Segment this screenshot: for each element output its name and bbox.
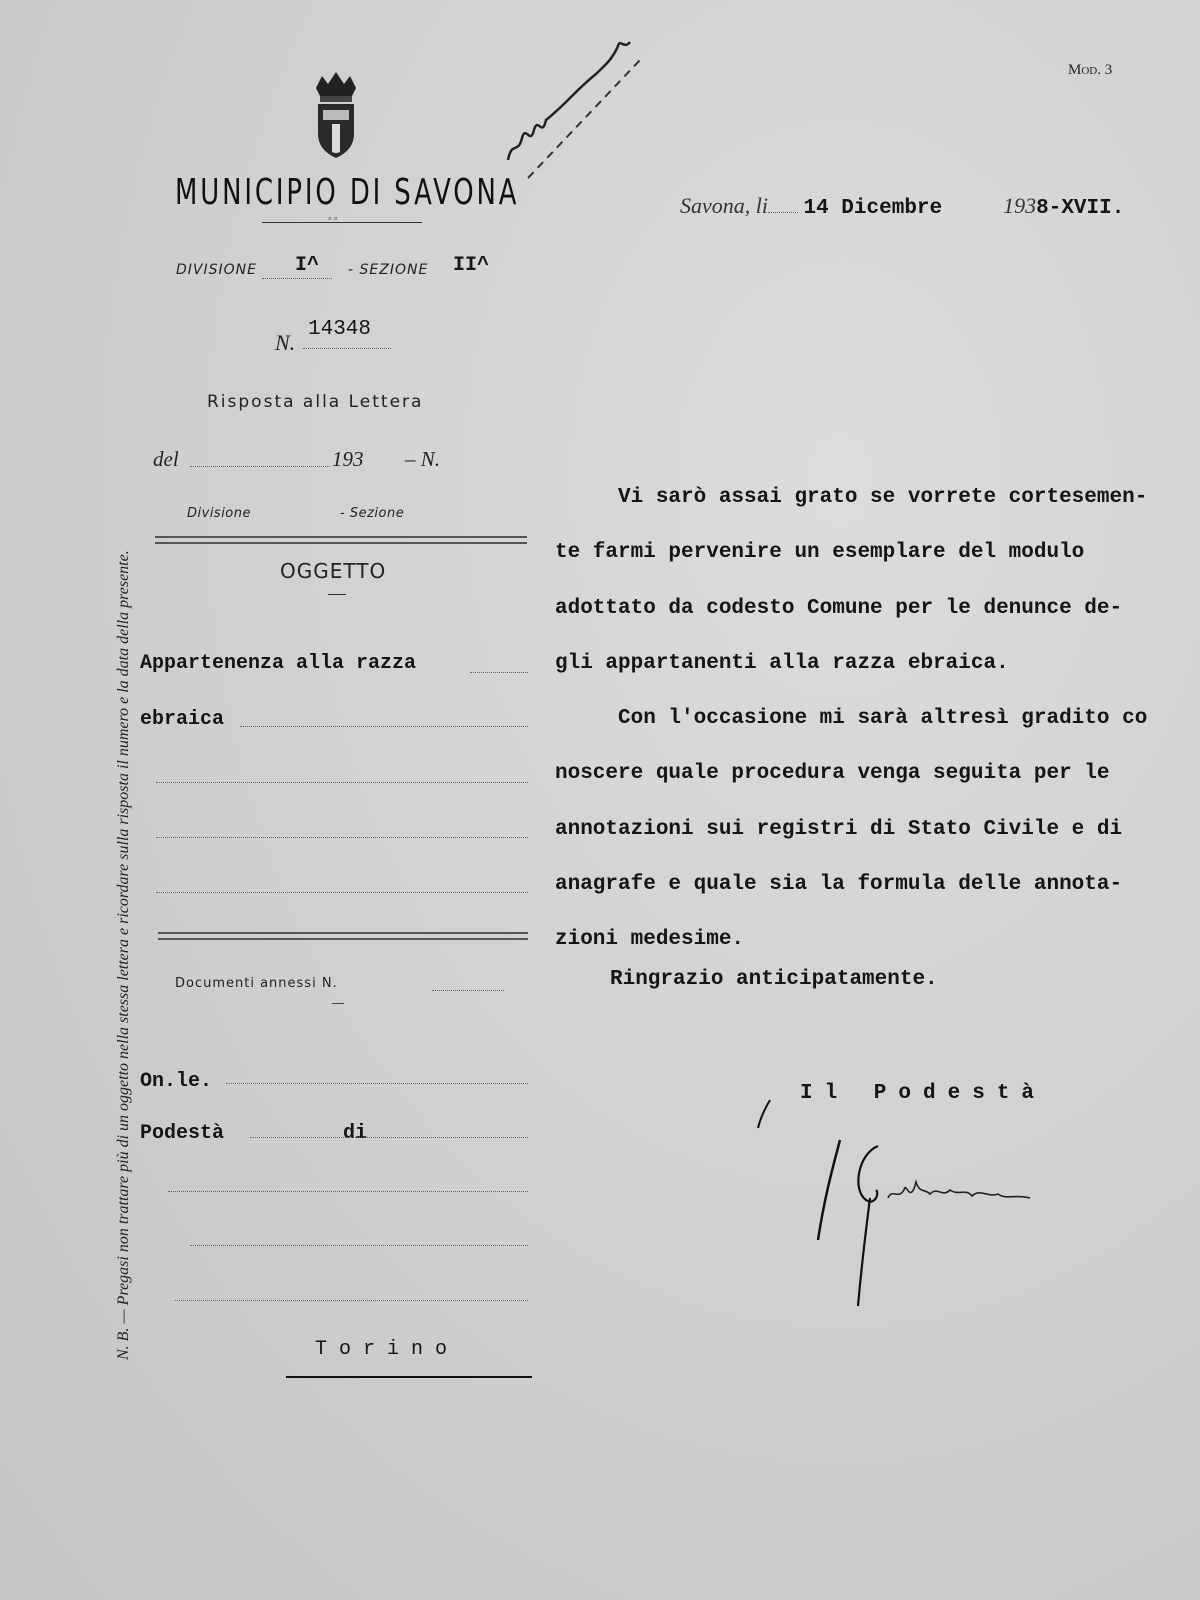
addressee-office: Podestà — [140, 1122, 224, 1145]
reply-heading: Risposta alla Lettera — [207, 392, 423, 412]
divider-double-rule-2 — [158, 932, 528, 940]
body-line: gli appartanenti alla razza ebraica. — [555, 636, 1200, 691]
protocol-number-label: N. — [275, 330, 295, 356]
date-day-month: 14 Dicembre — [804, 197, 943, 220]
coat-of-arms-icon — [310, 70, 362, 160]
letter-body: Vi sarò assai grato se vorrete corteseme… — [555, 470, 1200, 968]
division-label: DIVISIONE — [176, 262, 257, 278]
addressee-title: On.le. — [140, 1070, 212, 1093]
side-note: N. B. — Pregasi non trattare più di un o… — [115, 220, 133, 1360]
subject-heading: OGGETTO — [280, 559, 386, 583]
closing-line: Ringrazio anticipatamente. — [610, 968, 938, 991]
date-year-prefix: 193 — [1003, 193, 1036, 218]
reply-section-label: - Sezione — [340, 506, 404, 521]
municipality-title: MUNICIPIO DI SAVONA — [175, 172, 519, 213]
title-ornament-rule — [262, 222, 422, 223]
body-line: adottato da codesto Comune per le denunc… — [555, 581, 1200, 636]
subject-line-1: Appartenenza alla razza — [140, 652, 416, 675]
body-line: Vi sarò assai grato se vorrete corteseme… — [555, 470, 1200, 525]
reply-number-label: – N. — [405, 447, 440, 472]
body-line: zioni medesime. — [555, 912, 1200, 967]
date-place-label: Savona, li — [680, 193, 768, 218]
divider-double-rule — [155, 536, 527, 544]
body-line: anagrafe e quale sia la formula delle an… — [555, 857, 1200, 912]
letter-page: MUNICIPIO DI SAVONA Mod. 3 Savona, li 14… — [0, 0, 1200, 1600]
reply-division-label: Divisione — [187, 506, 251, 521]
reply-del-label: del — [153, 447, 179, 472]
protocol-number: 14348 — [308, 318, 371, 341]
attachments-label: Documenti annessi N. — [175, 976, 338, 991]
addressee-of: di — [343, 1122, 367, 1145]
form-model-label: Mod. 3 — [1068, 62, 1112, 79]
body-line: Con l'occasione mi sarà altresì gradito … — [555, 691, 1200, 746]
body-line: te farmi pervenire un esemplare del modu… — [555, 525, 1200, 580]
handwritten-annotation-icon — [500, 20, 650, 180]
city-underline — [286, 1376, 532, 1378]
reply-year-prefix: 193 — [332, 447, 364, 472]
body-line: noscere quale procedura venga seguita pe… — [555, 746, 1200, 801]
handwritten-signature-icon — [740, 1070, 1080, 1310]
division-value: I^ — [295, 254, 319, 277]
section-label: - SEZIONE — [348, 262, 428, 278]
section-value: II^ — [453, 254, 489, 277]
letter-date: Savona, li 14 Dicembre 1938-XVII. — [680, 193, 1124, 220]
addressee-city: T o r i n o — [315, 1338, 447, 1361]
date-year-suffix: 8-XVII. — [1036, 197, 1124, 220]
body-line: annotazioni sui registri di Stato Civile… — [555, 802, 1200, 857]
subject-line-2: ebraica — [140, 708, 224, 731]
